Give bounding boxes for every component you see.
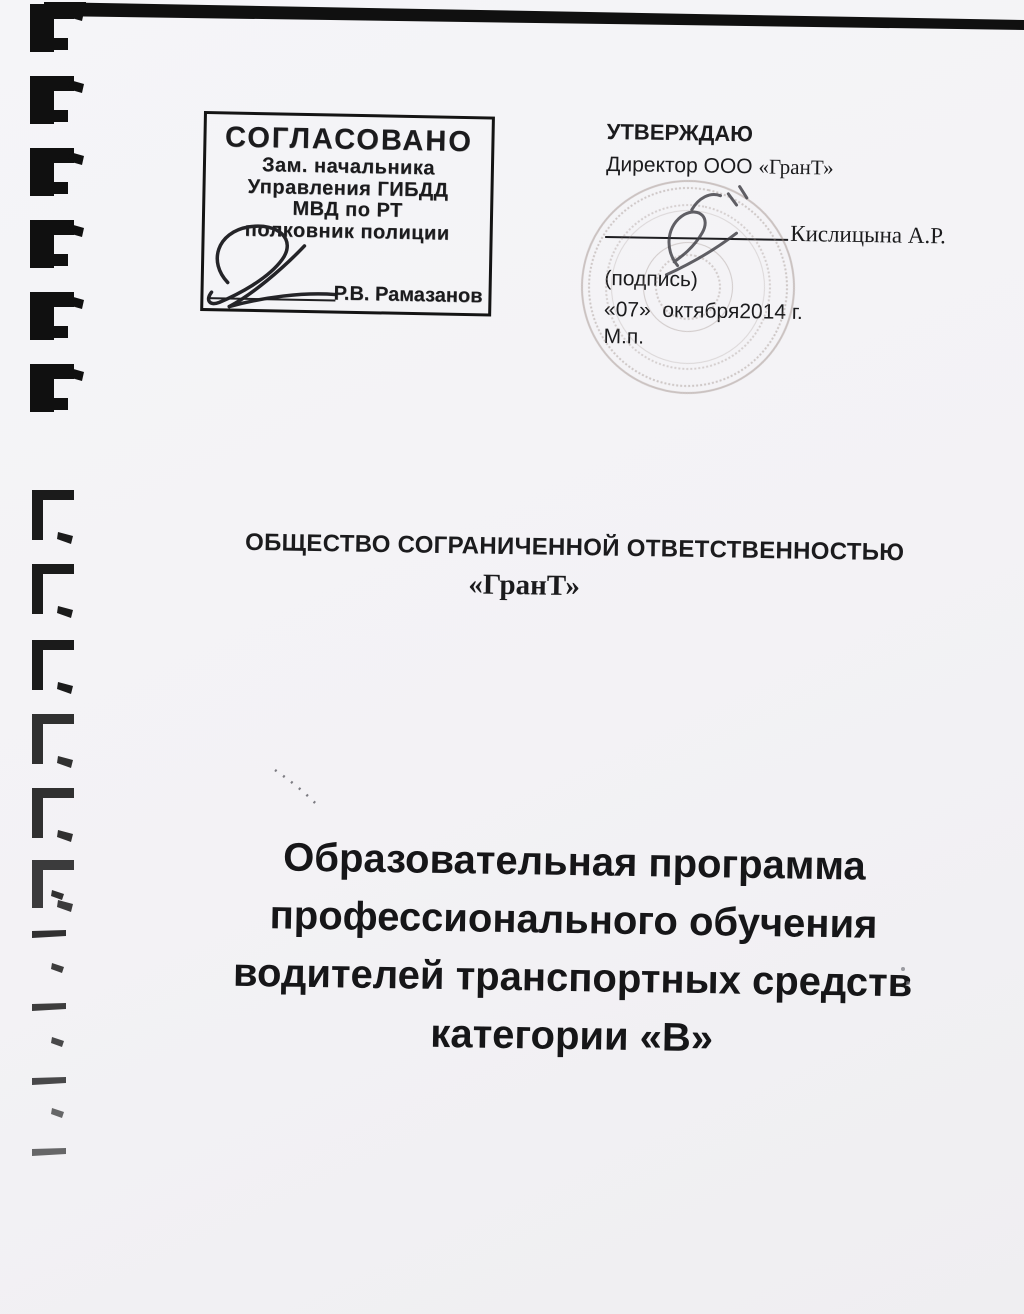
document-title: Образовательная программа профессиональн… bbox=[122, 826, 1024, 1072]
director-signature bbox=[639, 176, 780, 304]
organization-line1: ОБЩЕСТВО СОГРАНИЧЕННОЙ ОТВЕТСТВЕННОСТЬЮ bbox=[126, 527, 1024, 569]
speck-artifact bbox=[901, 967, 905, 971]
director-line: Директор ООО «ГранТ» bbox=[606, 152, 986, 183]
pen-scratch-artifact bbox=[272, 766, 326, 814]
seal-place-mark: М.п. bbox=[603, 325, 983, 355]
approve-signatory: Кислицына А.Р. bbox=[790, 221, 946, 248]
approval-signatory: Р.В. Рамазанов bbox=[333, 283, 482, 309]
director-org: «ГранТ» bbox=[758, 154, 834, 179]
approval-title: СОГЛАСОВАНО bbox=[206, 121, 492, 159]
organization-name: ОБЩЕСТВО СОГРАНИЧЕННОЙ ОТВЕТСТВЕННОСТЬЮ … bbox=[125, 527, 1024, 610]
organization-line2: «ГранТ» bbox=[75, 562, 973, 609]
director-prefix: Директор ООО bbox=[606, 153, 758, 178]
approve-title: УТВЕРЖДАЮ bbox=[607, 119, 987, 151]
approval-stamp-box: СОГЛАСОВАНО Зам. начальника Управления Г… bbox=[200, 111, 495, 317]
handwritten-signature bbox=[185, 210, 397, 324]
scanned-title-page: СОГЛАСОВАНО Зам. начальника Управления Г… bbox=[0, 0, 1024, 1314]
speck-artifact bbox=[906, 981, 910, 985]
